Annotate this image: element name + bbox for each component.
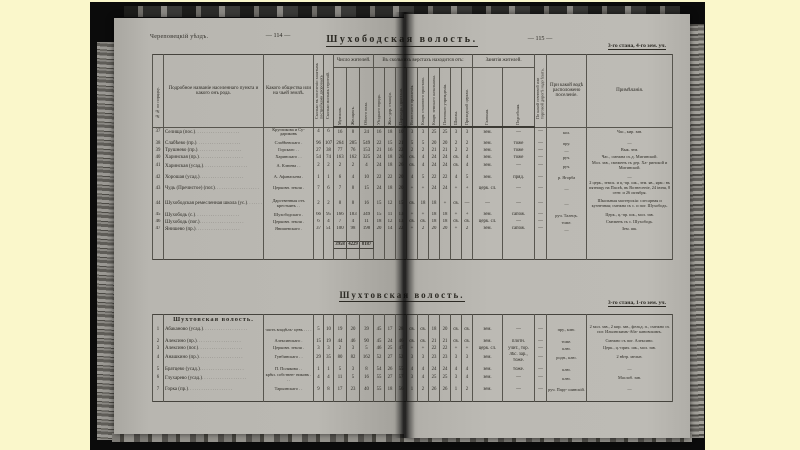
cell: Шухободь (пог.) . . . . . . . . . . . . … bbox=[164, 219, 264, 226]
cell: 25 bbox=[440, 127, 451, 137]
table-row: 46Шухободь (пог.) . . . . . . . . . . . … bbox=[153, 219, 673, 226]
cell bbox=[462, 393, 473, 402]
table-row: 44Шухободская ремесленная школа (ус.) . … bbox=[153, 199, 673, 209]
cell: 76 bbox=[347, 147, 360, 154]
cell bbox=[164, 393, 264, 402]
cell: часть владѣль- цевъ . . . . bbox=[264, 325, 314, 335]
cell: 20 bbox=[347, 325, 360, 335]
cell: 18 bbox=[374, 219, 385, 226]
cell: св. bbox=[462, 325, 473, 335]
cell: — bbox=[535, 154, 547, 161]
cell: 4 bbox=[451, 174, 462, 181]
cell: 24 bbox=[440, 366, 451, 373]
cell: 22 bbox=[429, 174, 440, 181]
cell: 3 bbox=[418, 127, 429, 137]
cell: 22 bbox=[429, 345, 440, 352]
cell: св. bbox=[407, 338, 418, 345]
table-row bbox=[153, 248, 673, 259]
cell: 98 bbox=[347, 226, 360, 233]
cell: 46 bbox=[396, 338, 407, 345]
cell: 16 bbox=[385, 147, 396, 154]
cell: зем. bbox=[473, 226, 503, 233]
col-women: Женщинъ. bbox=[347, 68, 360, 128]
cell bbox=[324, 393, 334, 402]
cell: св. bbox=[451, 154, 462, 161]
cell bbox=[374, 393, 385, 402]
table-row: Шухтовская волость. bbox=[153, 315, 673, 326]
cell: 6 bbox=[153, 373, 164, 383]
cell: 8 bbox=[347, 127, 360, 137]
table-row: 39Трушнево (пр.) . . . . . . . . . . . .… bbox=[153, 147, 673, 154]
cell: Чудь (Пречистое) (пог.) . . . . . . . . … bbox=[164, 181, 264, 196]
cell: 7 bbox=[153, 386, 164, 393]
cell: 24 bbox=[429, 161, 440, 171]
cell: сапож. bbox=[503, 226, 535, 233]
cell bbox=[473, 393, 503, 402]
cell bbox=[587, 248, 673, 259]
cell: — bbox=[503, 219, 535, 226]
cell: 1 bbox=[324, 174, 334, 181]
cell: 2 bbox=[407, 147, 418, 154]
group-occupations: Занятія жителей. bbox=[473, 55, 535, 68]
cell: — bbox=[535, 226, 547, 233]
cell: 5 bbox=[418, 174, 429, 181]
cell: тоже. bbox=[503, 366, 535, 373]
cell bbox=[396, 248, 407, 259]
cell: 198 bbox=[360, 226, 374, 233]
cell: + bbox=[407, 212, 418, 219]
cell: 1 bbox=[314, 174, 324, 181]
table-row: 43Чудь (Пречистое) (пог.) . . . . . . . … bbox=[153, 181, 673, 196]
cell: 24 bbox=[429, 181, 440, 196]
cell: 3 bbox=[451, 373, 462, 383]
cell: св. bbox=[462, 338, 473, 345]
stan-note-1: 3-го стана, 4-го зем. уч. bbox=[568, 43, 666, 49]
cell: зем. bbox=[473, 338, 503, 345]
cell: 5 bbox=[153, 366, 164, 373]
cell bbox=[385, 233, 396, 242]
cell bbox=[264, 393, 314, 402]
cell: 18 bbox=[385, 161, 396, 171]
cell bbox=[503, 315, 535, 326]
cell: 3 bbox=[407, 373, 418, 383]
cell: св. bbox=[462, 219, 473, 226]
cell: 4 bbox=[153, 352, 164, 364]
cell: 95 bbox=[324, 212, 334, 219]
cell: руч. bbox=[547, 161, 587, 171]
cell: 21 bbox=[374, 147, 385, 154]
cell: 1 bbox=[153, 325, 164, 335]
cell bbox=[153, 241, 164, 248]
cell bbox=[314, 248, 324, 259]
cell: 18 bbox=[440, 219, 451, 226]
county-label: Череповецкій уѣздъ. bbox=[150, 34, 208, 40]
cell bbox=[451, 393, 462, 402]
cell: Харинская (усад.) . . . . . . . . . . . … bbox=[164, 161, 264, 171]
cell bbox=[324, 248, 334, 259]
cell bbox=[451, 241, 462, 248]
col-dist-church: Приходской церкви. bbox=[462, 68, 473, 128]
cell: Церк., ц.-пр. шк., мол. зав. bbox=[587, 212, 673, 219]
cell bbox=[587, 233, 673, 242]
cell bbox=[429, 233, 440, 242]
cell: 22 bbox=[440, 345, 451, 352]
cell: Маслоб. зав. bbox=[587, 373, 673, 383]
page-number-right: — 115 — bbox=[510, 35, 570, 42]
table-row: 2Алексино (пр.) . . . . . . . . . . . . … bbox=[153, 338, 673, 345]
cell: 27 bbox=[385, 373, 396, 383]
cell: 38 bbox=[324, 147, 334, 154]
cell bbox=[473, 315, 503, 326]
cell: 2 bbox=[334, 161, 347, 171]
cell bbox=[535, 315, 547, 326]
cell: Алексино (пр.) . . . . . . . . . . . . .… bbox=[164, 338, 264, 345]
cell: — bbox=[503, 127, 535, 137]
cell: 4 bbox=[347, 219, 360, 226]
cell: 24 bbox=[440, 161, 451, 171]
cell bbox=[360, 248, 374, 259]
cell bbox=[503, 233, 535, 242]
col-men: Мужчинъ. bbox=[334, 68, 347, 128]
cell: св. bbox=[418, 338, 429, 345]
cell: 5 bbox=[462, 174, 473, 181]
cell: + bbox=[462, 345, 473, 352]
cell: 6 bbox=[334, 174, 347, 181]
cell: 2 bbox=[462, 147, 473, 154]
cell: 285 bbox=[347, 140, 360, 147]
cell: 2 bbox=[462, 226, 473, 233]
cell bbox=[535, 248, 547, 259]
cell: + bbox=[407, 181, 418, 196]
book-photo: Череповецкій уѣздъ. — 114 — Шухободская … bbox=[90, 2, 705, 450]
table-row: 47Янишево (пр.) . . . . . . . . . . . . … bbox=[153, 226, 673, 233]
cell: Анашкино (пр.) . . . . . . . . . . . . .… bbox=[164, 352, 264, 364]
cell: 54 bbox=[314, 154, 324, 161]
col-dist-rail: Жел.-дор. станціи. bbox=[385, 68, 396, 128]
cell: тоже bbox=[503, 147, 535, 154]
cell: Дарственныя отъ крестьянъ . . bbox=[264, 199, 314, 209]
cell: св. bbox=[451, 219, 462, 226]
cell bbox=[164, 248, 264, 259]
cell: 4 bbox=[324, 373, 334, 383]
cell: 162 bbox=[347, 154, 360, 161]
cell bbox=[347, 248, 360, 259]
col-occ-main: Главныя. bbox=[473, 68, 503, 128]
cell: 96 bbox=[314, 140, 324, 147]
cell: — bbox=[503, 386, 535, 393]
cell: зем. bbox=[473, 154, 503, 161]
cell: 90 bbox=[360, 338, 374, 345]
col-name: Подробное названіе населеннаго пункта и … bbox=[164, 55, 264, 128]
cell: Хорошая (усад.) . . . . . . . . . . . . … bbox=[164, 174, 264, 181]
cell: 20 bbox=[429, 140, 440, 147]
cell: 20 bbox=[374, 226, 385, 233]
cell: 3958 bbox=[334, 241, 347, 248]
volost-1-title: Шухободская волость. bbox=[302, 34, 502, 45]
cell: 2 bbox=[462, 140, 473, 147]
cell: клю. bbox=[547, 345, 587, 352]
cell: + bbox=[418, 181, 429, 196]
cell: 2 bbox=[324, 161, 334, 171]
cell: 52 bbox=[396, 352, 407, 364]
page-number-left: — 114 — bbox=[248, 32, 308, 39]
cell bbox=[314, 393, 324, 402]
cell: 2 церк., земск. и ц.-пр. шк., зем. яв., … bbox=[587, 181, 673, 196]
cell: 16 bbox=[360, 199, 374, 209]
cell: 22 bbox=[396, 147, 407, 154]
cell: 5 bbox=[360, 345, 374, 352]
cell: 8187 bbox=[360, 241, 374, 248]
cell: Янишево (пр.) . . . . . . . . . . . . . … bbox=[164, 226, 264, 233]
cell: св. bbox=[407, 154, 418, 161]
cell: Вык. зем. bbox=[587, 147, 673, 154]
group-distances: Въ сколькихъ верстахъ находится отъ: bbox=[374, 55, 473, 68]
cell: 54 bbox=[374, 366, 385, 373]
cell: 5 bbox=[347, 373, 360, 383]
cell: св. bbox=[418, 219, 429, 226]
cell: 45 bbox=[374, 325, 385, 335]
cell bbox=[324, 315, 334, 326]
cell: + bbox=[407, 226, 418, 233]
cell: 2 bbox=[347, 161, 360, 171]
cell: 4 bbox=[407, 366, 418, 373]
cell bbox=[440, 248, 451, 259]
cell: св. bbox=[451, 325, 462, 335]
cell: 40 bbox=[153, 154, 164, 161]
cell: 153 bbox=[360, 147, 374, 154]
cell: плотн. bbox=[503, 338, 535, 345]
cell: 3 bbox=[462, 127, 473, 137]
cell: 24 bbox=[440, 181, 451, 196]
cell: 100 bbox=[334, 226, 347, 233]
cell bbox=[153, 233, 164, 242]
cell: 39 bbox=[360, 325, 374, 335]
cell: 325 bbox=[360, 154, 374, 161]
cell bbox=[451, 315, 462, 326]
cell bbox=[418, 315, 429, 326]
cell: 20 bbox=[396, 174, 407, 181]
cell: руч. Пару- шинскій. bbox=[547, 386, 587, 393]
cell: — bbox=[535, 338, 547, 345]
cell: 8 bbox=[347, 181, 360, 196]
slide-background: Череповецкій уѣздъ. — 114 — Шухободская … bbox=[0, 0, 800, 450]
cell: Алексино (пог.) . . . . . . . . . . . . … bbox=[164, 345, 264, 352]
cell bbox=[347, 233, 360, 242]
cell: 52 bbox=[374, 352, 385, 364]
cell: 166 bbox=[334, 212, 347, 219]
cell bbox=[264, 241, 314, 248]
cell: 2 bbox=[451, 147, 462, 154]
cell: 77 bbox=[334, 147, 347, 154]
settlement-table-shukhobodskaya: №№ по порядку. Подробное названіе населе… bbox=[152, 54, 673, 260]
cell: + bbox=[451, 181, 462, 196]
cell: — bbox=[503, 181, 535, 196]
col-dist-zemsky: Кварт. земскаго начальника. bbox=[429, 68, 440, 128]
cell: св. bbox=[451, 338, 462, 345]
cell: 5 bbox=[418, 140, 429, 147]
cell: 18 bbox=[385, 127, 396, 137]
table-row: 42Хорошая (усад.) . . . . . . . . . . . … bbox=[153, 174, 673, 181]
cell: зем. bbox=[473, 373, 503, 383]
table-row: 45Шухободь (с.) . . . . . . . . . . . . … bbox=[153, 212, 673, 219]
cell bbox=[418, 393, 429, 402]
cell: 23 bbox=[440, 352, 451, 364]
cell: родн., клю. bbox=[547, 352, 587, 364]
cell: 74 bbox=[324, 154, 334, 161]
cell: 16 bbox=[334, 127, 347, 137]
cell: 37 bbox=[153, 127, 164, 137]
cell: 2 bbox=[314, 199, 324, 209]
cell: Зем. шк. bbox=[587, 226, 673, 233]
cell bbox=[334, 315, 347, 326]
cell: — bbox=[503, 161, 535, 171]
cell: 42 bbox=[153, 174, 164, 181]
cell: 24 bbox=[374, 161, 385, 171]
cell bbox=[334, 393, 347, 402]
cell: 18 bbox=[440, 212, 451, 219]
table-row: 38Слабѣево (пр.) . . . . . . . . . . . .… bbox=[153, 140, 673, 147]
cell bbox=[462, 233, 473, 242]
cell: 4 bbox=[418, 161, 429, 171]
cell: 3 bbox=[451, 127, 462, 137]
cell: 1 bbox=[407, 386, 418, 393]
cell: 13 bbox=[396, 219, 407, 226]
cell bbox=[547, 241, 587, 248]
cell: 12 bbox=[385, 199, 396, 209]
col-water: При какой водѣ расположено поселеніе. bbox=[547, 55, 587, 128]
cell: 6 bbox=[324, 181, 334, 196]
cell: 26 bbox=[396, 154, 407, 161]
cell: 5 bbox=[334, 366, 347, 373]
cell: 2 bbox=[451, 140, 462, 147]
cell: кол. bbox=[547, 127, 587, 137]
cell: 19 bbox=[334, 325, 347, 335]
cell: — bbox=[587, 140, 673, 147]
cell: 5 bbox=[314, 325, 324, 335]
cell: 3 bbox=[347, 366, 360, 373]
cell: — bbox=[587, 386, 673, 393]
cell bbox=[440, 393, 451, 402]
cell: св. bbox=[451, 161, 462, 171]
table-row: 1Абаканово (усад.) . . . . . . . . . . .… bbox=[153, 325, 673, 335]
cell: Слабѣевскаго . bbox=[264, 140, 314, 147]
table-row bbox=[153, 393, 673, 402]
cell bbox=[396, 393, 407, 402]
cell: 23 bbox=[429, 352, 440, 364]
cell: пряд. bbox=[503, 174, 535, 181]
cell bbox=[418, 233, 429, 242]
cell: + bbox=[440, 199, 451, 209]
cell: 1 bbox=[451, 386, 462, 393]
cell: тоже bbox=[503, 140, 535, 147]
cell: 8 bbox=[347, 199, 360, 209]
cell bbox=[347, 393, 360, 402]
book-right-page-edges bbox=[689, 24, 704, 438]
cell: 25 bbox=[429, 127, 440, 137]
cell: 10 bbox=[324, 325, 334, 335]
col-dist-school: Школы. bbox=[451, 68, 462, 128]
cell: руч. bbox=[547, 154, 587, 161]
col-dist-pier: Пароходн. пристани. bbox=[396, 68, 407, 128]
cell bbox=[547, 393, 587, 402]
cell bbox=[385, 248, 396, 259]
cell bbox=[462, 248, 473, 259]
cell: 28 bbox=[396, 325, 407, 335]
cell bbox=[429, 315, 440, 326]
cell bbox=[153, 315, 164, 326]
cell: 4 bbox=[314, 127, 324, 137]
cell: 55 bbox=[374, 386, 385, 393]
cell: 26 bbox=[440, 386, 451, 393]
cell: лѣс. зар., тоже. bbox=[503, 352, 535, 364]
cell: 3 bbox=[153, 345, 164, 352]
cell: 20 bbox=[440, 226, 451, 233]
cell: Школьныя мастерскія: слесарная и кузнечн… bbox=[587, 199, 673, 209]
cell: зем. bbox=[473, 147, 503, 154]
cell: 1 bbox=[324, 366, 334, 373]
cell: 4 bbox=[462, 373, 473, 383]
cell: 21 bbox=[429, 338, 440, 345]
cell: 25 bbox=[385, 345, 396, 352]
cell bbox=[314, 233, 324, 242]
table-row: 5Братцево (усад.) . . . . . . . . . . . … bbox=[153, 366, 673, 373]
cell: 2 bbox=[314, 161, 324, 171]
cell: 15 bbox=[314, 338, 324, 345]
cell bbox=[587, 241, 673, 248]
cell: 37 bbox=[314, 226, 324, 233]
cell: 5 bbox=[407, 140, 418, 147]
cell: св. bbox=[407, 325, 418, 335]
cell: 3 bbox=[314, 345, 324, 352]
cell bbox=[503, 393, 535, 402]
cell: 2 bbox=[418, 386, 429, 393]
cell: 4 bbox=[314, 373, 324, 383]
cell: 4 bbox=[418, 373, 429, 383]
table-row: 40Харинская (пр.) . . . . . . . . . . . … bbox=[153, 154, 673, 161]
cell: зем. bbox=[473, 140, 503, 147]
cell bbox=[473, 233, 503, 242]
cell bbox=[385, 393, 396, 402]
table-row: 395842298187 bbox=[153, 241, 673, 248]
cell: клю. bbox=[547, 373, 587, 383]
cell: Церковн. земля . bbox=[264, 219, 314, 226]
cell: 3 bbox=[462, 352, 473, 364]
cell: Час., смежна съ д. Мигинской. bbox=[587, 154, 673, 161]
cell: Шухободскаго . bbox=[264, 212, 314, 219]
cell bbox=[407, 241, 418, 248]
cell: св. bbox=[451, 199, 462, 209]
cell: св. bbox=[407, 219, 418, 226]
cell: 24 bbox=[429, 154, 440, 161]
cell: — bbox=[535, 325, 547, 335]
cell: 55 bbox=[396, 366, 407, 373]
cell: учит., тор. bbox=[503, 345, 535, 352]
cell: св. bbox=[407, 161, 418, 171]
cell: Шухободская ремесленная школа (ус.) . . … bbox=[164, 199, 264, 209]
cell: 3 bbox=[418, 352, 429, 364]
cell: 15 bbox=[374, 212, 385, 219]
cell bbox=[440, 315, 451, 326]
cell: 8 bbox=[324, 386, 334, 393]
cell: 20 bbox=[396, 181, 407, 196]
cell: 7 bbox=[334, 181, 347, 196]
col-dist-post: Почтоваго учрежденія. bbox=[440, 68, 451, 128]
cell: 3 bbox=[451, 352, 462, 364]
cell: 16 bbox=[374, 127, 385, 137]
cell: 24 bbox=[360, 127, 374, 137]
cell: 27 bbox=[314, 147, 324, 154]
cell bbox=[314, 315, 324, 326]
